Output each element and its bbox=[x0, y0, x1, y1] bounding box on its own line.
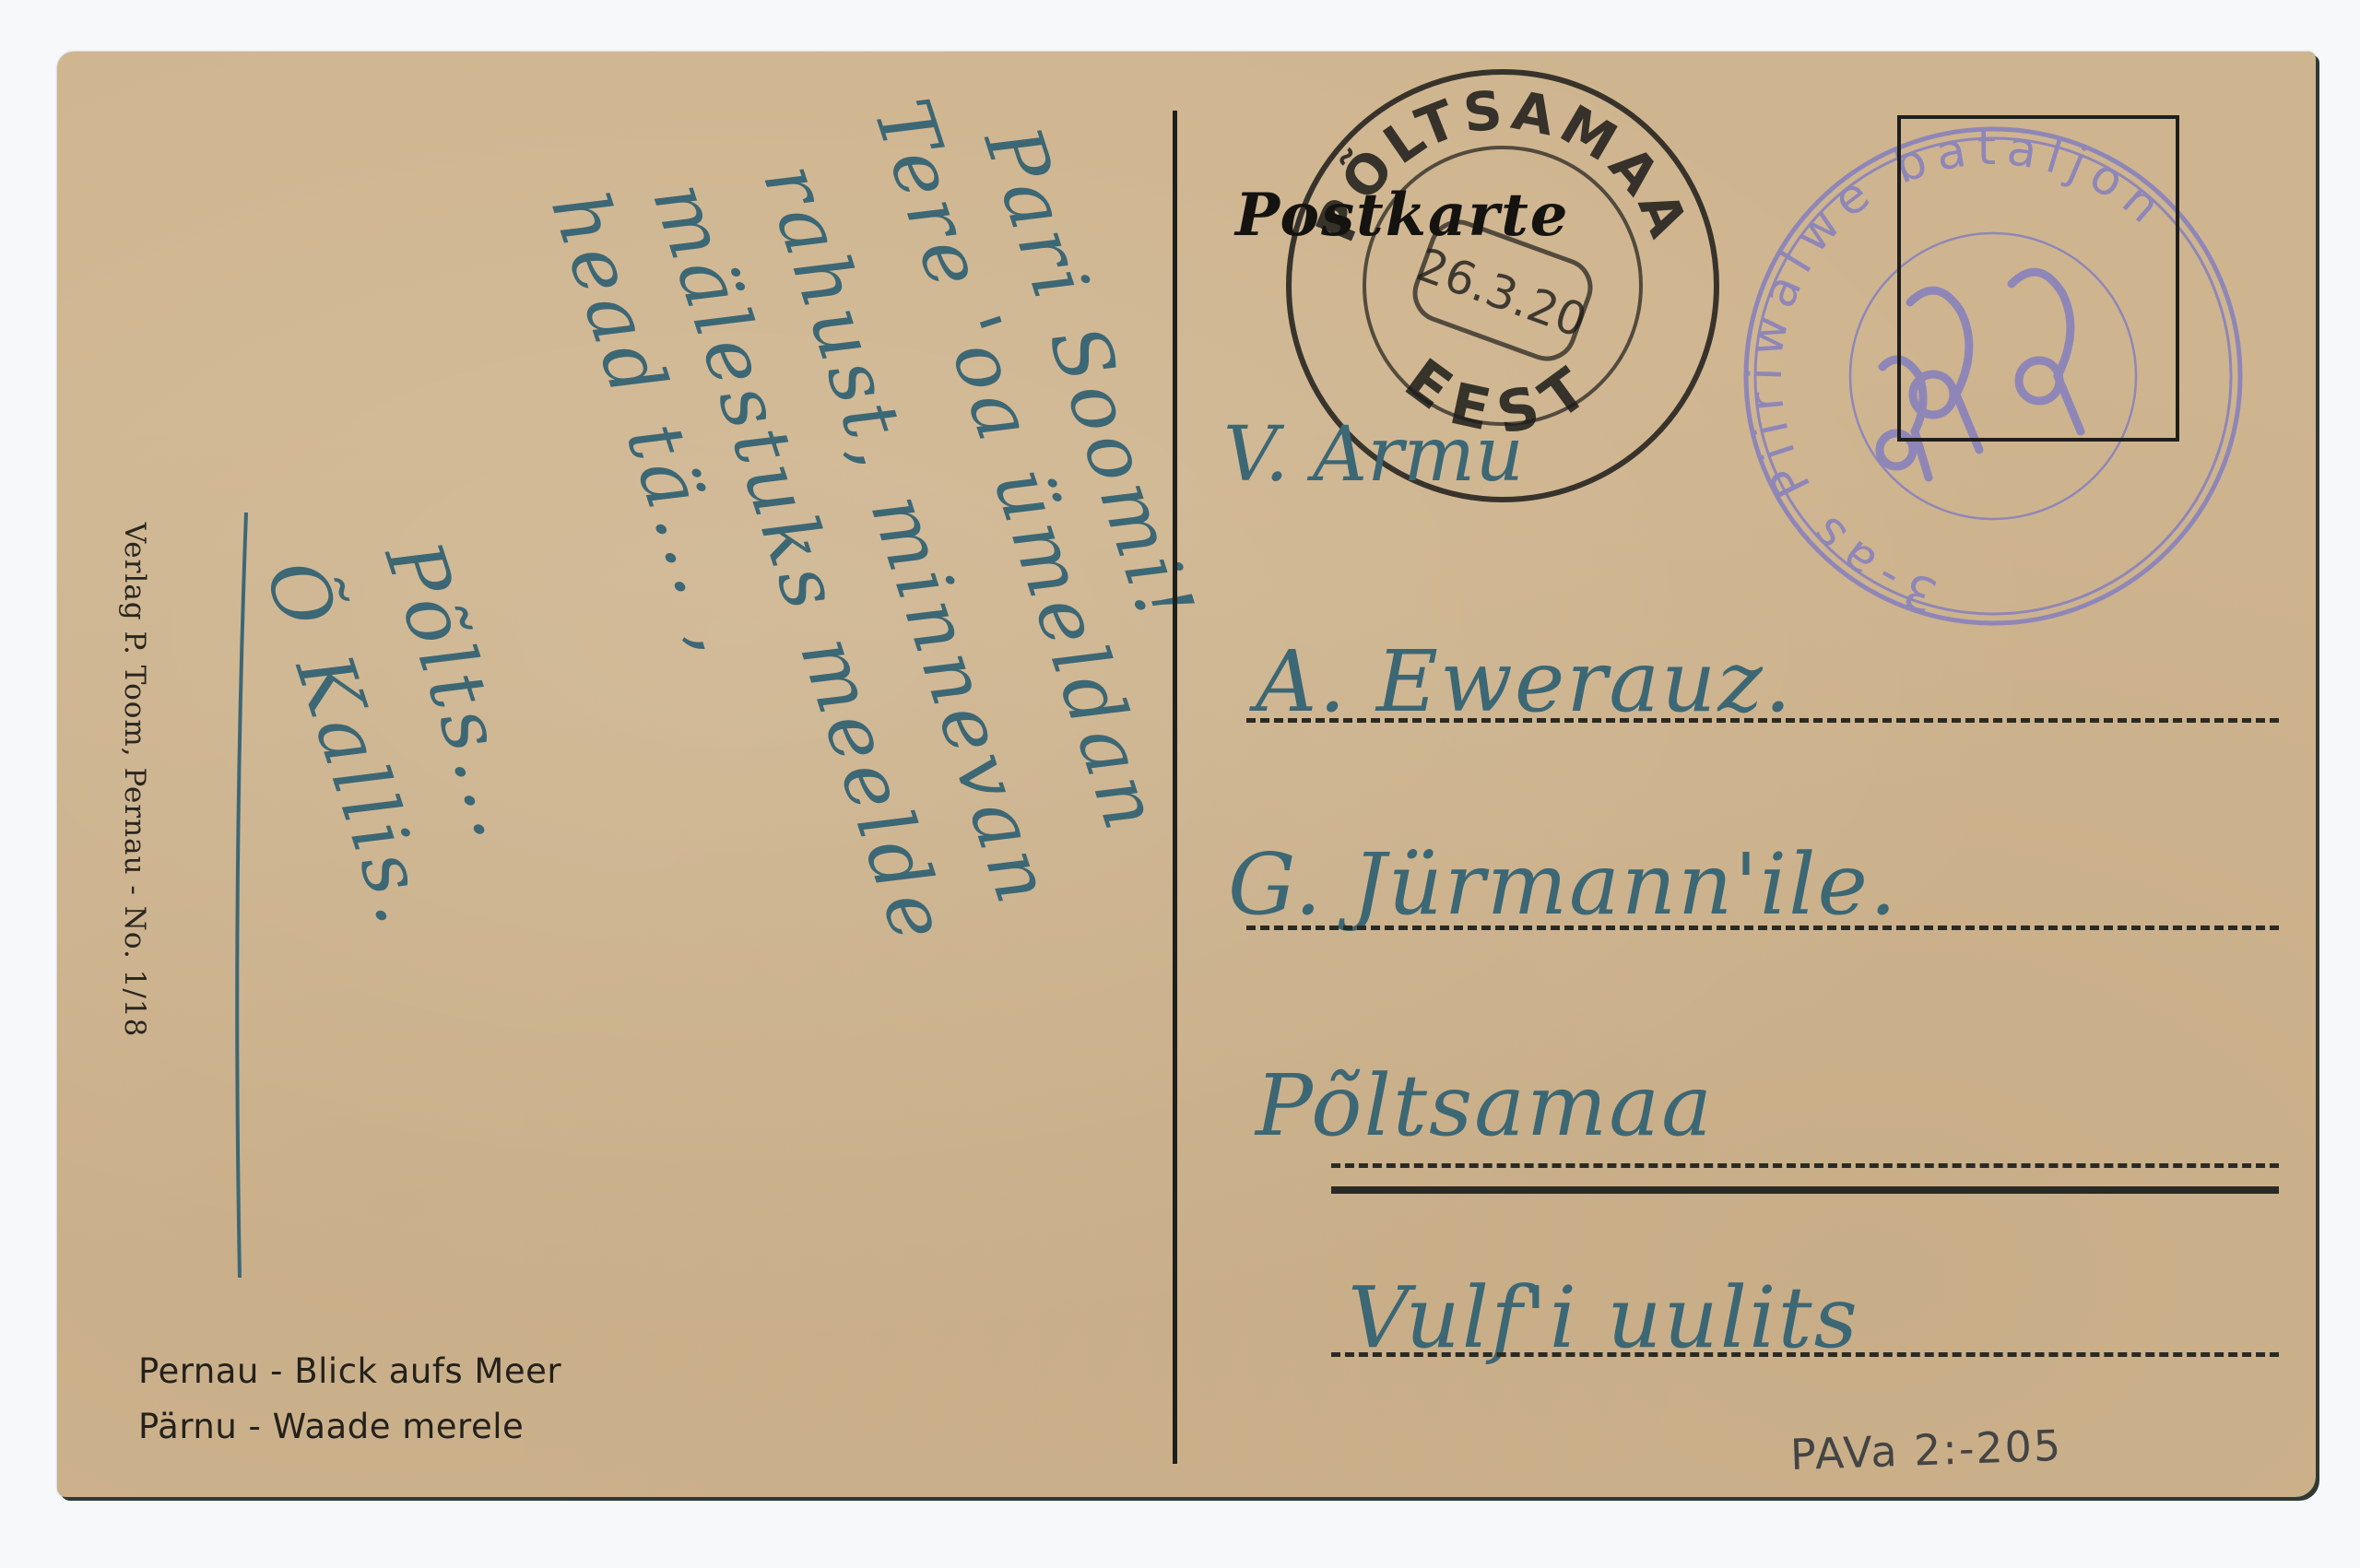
archive-note: PAVa 2:-205 bbox=[1789, 1421, 2063, 1480]
divider-line bbox=[1173, 111, 1177, 1464]
stamp-placeholder-box bbox=[1897, 115, 2179, 442]
address-rule bbox=[1246, 925, 2279, 930]
address-prefix: V. Armu bbox=[1223, 411, 1524, 499]
postmark-date: 26.3.20 bbox=[1410, 238, 1593, 348]
postkarte-title: Postkarte bbox=[1235, 181, 1570, 250]
address-rule bbox=[1331, 1352, 2279, 1357]
address-line-town: Põltsamaa bbox=[1256, 1056, 1714, 1155]
address-line-name: A. Ewerauz. bbox=[1256, 632, 1793, 731]
address-rule bbox=[1246, 718, 2279, 723]
address-rule bbox=[1331, 1163, 2279, 1168]
postcard: Verlag P. Toom, Pernau - No. 1/18 Pari S… bbox=[57, 52, 2316, 1497]
message-margin-stroke bbox=[57, 52, 1163, 1434]
address-line-recipient: G. Jürmann'ile. bbox=[1228, 835, 1898, 934]
caption-estonian: Pärnu - Waade merele bbox=[138, 1407, 524, 1446]
caption-german: Pernau - Blick aufs Meer bbox=[138, 1351, 561, 1391]
address-solid-rule bbox=[1331, 1186, 2279, 1194]
